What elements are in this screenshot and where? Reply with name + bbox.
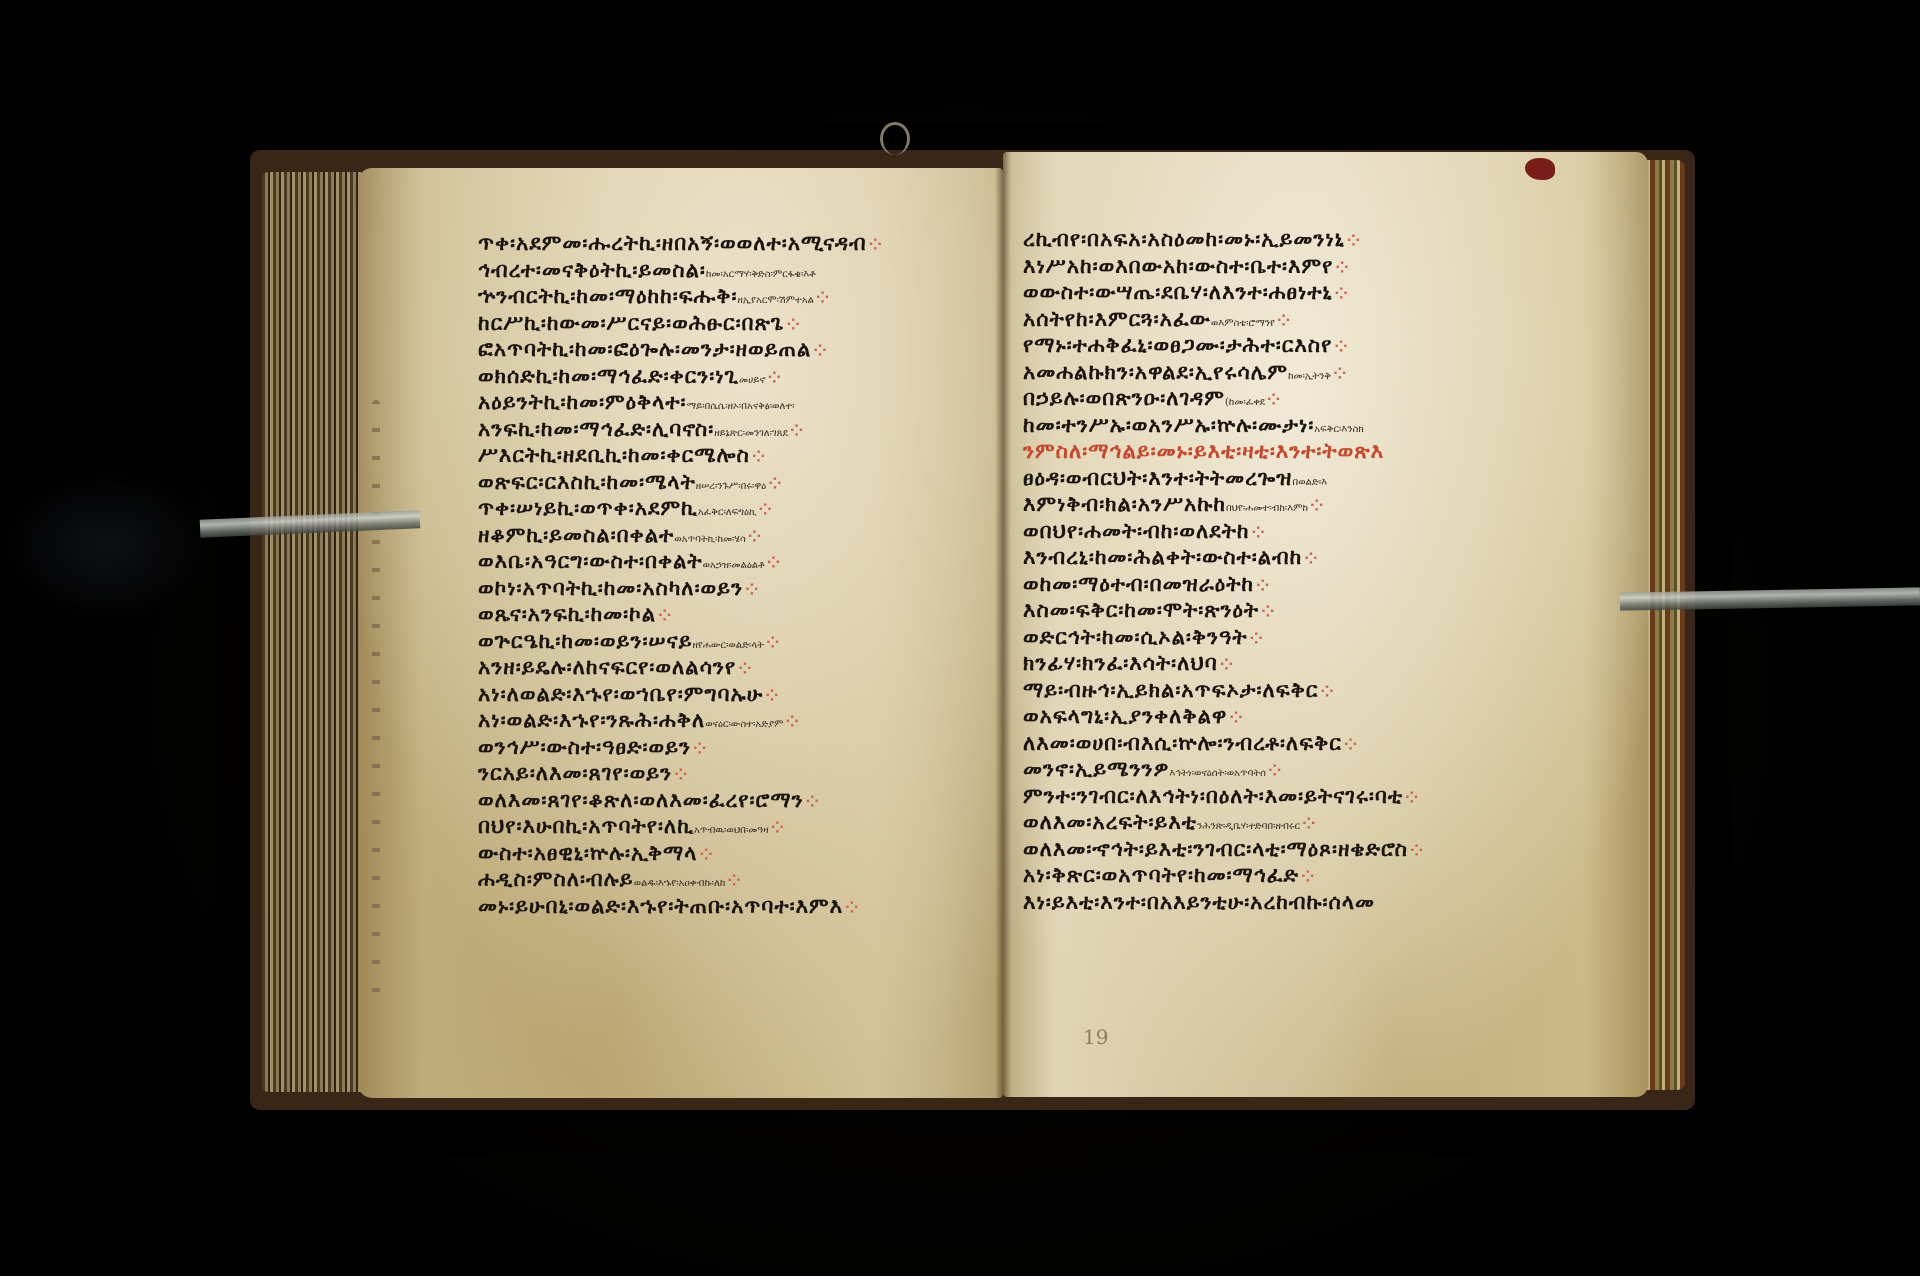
line-text: ለእመ፡ወሀበ፡ብእሲ፡ኵሎ፡ንብረቶ፡ለፍቅር xyxy=(1023,731,1342,755)
manuscript-line: ከርሥኪ፡ከውመ፡ሥርናይ፡ወሕፁር፡በጽጌ⁘ xyxy=(478,310,998,337)
line-text: አሰትየከ፡እምርጓ፡አፈው xyxy=(1023,307,1211,331)
punctuation-flower-icon: ⁘ xyxy=(1310,496,1324,515)
interlinear-gloss: በወልድ፡እ xyxy=(1292,477,1327,488)
manuscript-line: ውስተ፡አፀዊኒ፡ኵሉ፡ኢቅማላ⁘ xyxy=(478,840,998,867)
line-text: ወበህየ፡ሐመት፡ብከ፡ወለደትከ xyxy=(1023,519,1249,543)
manuscript-line: ወጼና፡አንፍኪ፡ከመ፡ኮል⁘ xyxy=(478,601,998,628)
ruling-prick-marks xyxy=(372,400,380,1000)
manuscript-line: አንፍኪ፡ከመ፡ማኅፈድ፡ሊባኖስ፡ዘይኔጽር፡መንገለ፡ገጸደ⁘ xyxy=(478,416,998,443)
line-text: ወአፍላግኒ፡ኢያንቀለቅልዋ xyxy=(1023,704,1227,728)
punctuation-flower-icon: ⁘ xyxy=(1334,337,1348,356)
interlinear-gloss: ወአኃዝ፡መልዕልቶ xyxy=(703,560,765,571)
punctuation-flower-icon: ⁘ xyxy=(766,633,780,652)
punctuation-flower-icon: ⁘ xyxy=(1335,284,1349,303)
manuscript-line: እንብረኒ፡ከመ፡ሕልቀት፡ውስተ፡ልብከ⁘ xyxy=(1023,544,1583,571)
manuscript-line: ሐዲስ፡ምስለ፡ብሉይወልዱ፡እኁየ፡አዐቀብኩ፡ለከ⁘ xyxy=(478,866,998,893)
interlinear-gloss: ዘይኔጽር፡መንገለ፡ገጸደ xyxy=(714,428,788,439)
manuscript-line: አነ፡ለወልድ፡እኁየ፡ወኀቤየ፡ምግባኡሁ⁘ xyxy=(478,681,998,708)
folio-number: 19 xyxy=(1083,1025,1108,1049)
interlinear-gloss: ዘየሐውር፡ወልድ፡ላት xyxy=(693,640,764,651)
interlinear-gloss: አጥብዉ፡ወህበ፡መዓዛ xyxy=(694,825,769,836)
line-text: ሥእርትኪ፡ዘደቢኪ፡ከመ፡ቀርሜሎስ xyxy=(478,443,750,467)
manuscript-line: እምነቅብ፡ክል፡አንሥአኩከበህየ፡ሐመተ፡ብከ፡እምከ⁘ xyxy=(1023,491,1583,518)
line-text: አንዘ፡ይዴሉ፡ለከናፍርየ፡ወለልሳንየ xyxy=(478,655,736,679)
punctuation-flower-icon: ⁘ xyxy=(1277,311,1291,330)
line-text: ክንፊሃ፡ክንፈ፡እሳት፡ለህባ xyxy=(1023,651,1218,675)
line-text: ኅብረተ፡መናቅዕትኪ፡ይመስል፡ xyxy=(478,258,706,282)
manuscript-line: እነ፡ይእቲ፡እንተ፡በአእይንቲሁ፡አረከብኩ፡ሰላመ xyxy=(1023,889,1583,916)
punctuation-flower-icon: ⁘ xyxy=(869,235,883,254)
manuscript-line: ዘቆምኪ፡ይመስል፡በቀልተወአጥባትኪ፡ከመ፡ሄሳ⁘ xyxy=(478,522,998,549)
line-text: ከርሥኪ፡ከውመ፡ሥርናይ፡ወሕፁር፡በጽጌ xyxy=(478,311,784,335)
line-text: አንፍኪ፡ከመ፡ማኅፈድ፡ሊባኖስ፡ xyxy=(478,417,714,441)
line-text: ወጽፍር፡ርእስኪ፡ከመ፡ሜላት xyxy=(478,470,696,494)
punctuation-flower-icon: ⁘ xyxy=(845,898,859,917)
line-text: አነ፡ቅጽር፡ወአጥባትየ፡ከመ፡ማኅፈድ xyxy=(1023,863,1299,887)
manuscript-line: ወጽፍር፡ርእስኪ፡ከመ፡ሜላትዘሠረ፡ንጉሥ፡በሩ፡ዋዕ⁘ xyxy=(478,469,998,496)
manuscript-line: ክንፊሃ፡ክንፈ፡እሳት፡ለህባ⁘ xyxy=(1023,650,1583,677)
line-text: አዕይንትኪ፡ከመ፡ምዕቅላተ፡ xyxy=(478,390,687,414)
punctuation-flower-icon: ⁘ xyxy=(786,315,800,334)
line-text: መኑ፡ይሁበኒ፡ወልድ፡እኁየ፡ትጠቡ፡አጥባተ፡እምእ xyxy=(478,894,843,918)
punctuation-flower-icon: ⁘ xyxy=(767,553,781,572)
manuscript-line: ወኮነ፡አጥባትኪ፡ከመ፡አስካለ፡ወይን⁘ xyxy=(478,575,998,602)
interlinear-gloss: ከመ፡አርማሃ፡ቅድስ፡ምርፋቄ፡እቶ xyxy=(706,269,816,280)
punctuation-flower-icon: ⁘ xyxy=(768,474,782,493)
binding-string xyxy=(880,122,910,155)
manuscript-line: በህየ፡እሁበኪ፡አጥባትየ፡ለኪአጥብዉ፡ወህበ፡መዓዛ⁘ xyxy=(478,813,998,840)
manuscript-line: ለእመ፡ወሀበ፡ብእሲ፡ኵሎ፡ንብረቶ፡ለፍቅር⁘ xyxy=(1023,730,1583,757)
punctuation-flower-icon: ⁘ xyxy=(765,686,779,705)
manuscript-line: አመሐልኩክን፡አዋልደ፡ኢየሩሳሌምከመ፡ኢትንቅ⁘ xyxy=(1023,359,1583,386)
line-text: ጥቀ፡አደምመ፡ሑረትኪ፡ዘበአኝ፡ወወለተ፡አሚናዳብ xyxy=(478,231,867,255)
punctuation-flower-icon: ⁘ xyxy=(738,659,752,678)
manuscript-line: ወእቤ፡አዓርግ፡ውስተ፡በቀልትወአኃዝ፡መልዕልቶ⁘ xyxy=(478,548,998,575)
line-text: በህየ፡እሁበኪ፡አጥባትየ፡ለኪ xyxy=(478,814,694,838)
punctuation-flower-icon: ⁘ xyxy=(771,818,785,837)
punctuation-flower-icon: ⁘ xyxy=(1250,629,1264,648)
punctuation-flower-icon: ⁘ xyxy=(1229,708,1243,727)
manuscript-line: ወጕርዔኪ፡ከመ፡ወይን፡ሠናይዘየሐውር፡ወልድ፡ላት⁘ xyxy=(478,628,998,655)
punctuation-flower-icon: ⁘ xyxy=(1410,841,1424,860)
line-text: ሐዲስ፡ምስለ፡ብሉይ xyxy=(478,867,634,891)
punctuation-flower-icon: ⁘ xyxy=(1302,814,1316,833)
interlinear-gloss: ወናዕር፡ውስተ፡አድያም xyxy=(705,719,783,730)
manuscript-line: በኃይሉ፡ወበጽንዑ፡ለገዳም(ከመ፡ፈቀደ⁘ xyxy=(1023,385,1583,412)
manuscript-line: ወከመ፡ማዕተብ፡በመዝራዕትከ⁘ xyxy=(1023,571,1583,598)
interlinear-gloss: ከመ፡ኢትንቅ xyxy=(1288,371,1331,382)
punctuation-flower-icon: ⁘ xyxy=(1267,390,1281,409)
line-text: ወንኅሥ፡ውስተ፡ዓፀድ፡ወይን xyxy=(478,735,691,759)
punctuation-flower-icon: ⁘ xyxy=(768,368,782,387)
shadow xyxy=(0,470,210,620)
manuscript-line: እነሥአከ፡ወእበውአከ፡ውስተ፡ቤተ፡እምየ⁘ xyxy=(1023,253,1583,280)
manuscript-line: አሰትየከ፡እምርጓ፡አፈውወእምስቴ፡ሮማንየ⁘ xyxy=(1023,306,1583,333)
manuscript-line: የማኑ፡ተሐቅፈኒ፡ወፀጋሙ፡ታሕተ፡ርእስየ⁘ xyxy=(1023,332,1583,359)
punctuation-flower-icon: ⁘ xyxy=(752,447,766,466)
interlinear-gloss: (ከመ፡ፈቀደ xyxy=(1225,397,1265,408)
punctuation-flower-icon: ⁘ xyxy=(1405,788,1419,807)
line-text: ወለእመ፡ጸገየ፡ቆጽለ፡ወለእመ፡ፈረየ፡ሮማን xyxy=(478,788,804,812)
punctuation-flower-icon: ⁘ xyxy=(1333,364,1347,383)
manuscript-line: ሥእርትኪ፡ዘደቢኪ፡ከመ፡ቀርሜሎስ⁘ xyxy=(478,442,998,469)
manuscript-line: ጥቀ፡አደምመ፡ሑረትኪ፡ዘበአኝ፡ወወለተ፡አሚናዳብ⁘ xyxy=(478,230,998,257)
manuscript-line: መንኖ፡ኢይሜንንዎእኅትነ፡ወናዕሰት፡ወአጥባትሰ⁘ xyxy=(1023,756,1583,783)
line-text: ወጼና፡አንፍኪ፡ከመ፡ኮል xyxy=(478,602,656,626)
punctuation-flower-icon: ⁘ xyxy=(1261,602,1275,621)
interlinear-gloss: አፈቅር፡ለፍግዕኪ xyxy=(698,507,757,518)
punctuation-flower-icon: ⁘ xyxy=(748,527,762,546)
line-text: አነ፡ወልድ፡እኁየ፡ንጹሕ፡ሐቅለ xyxy=(478,708,705,732)
manuscript-line: ወለእመ፡አረፍት፡ይእቲንሕንጽ፡ዲቤሃ፡ተድባበ፡ዘብሩር⁘ xyxy=(1023,809,1583,836)
punctuation-flower-icon: ⁘ xyxy=(693,739,707,758)
manuscript-line: ንምስለ፡ማኅልይ፡መኑ፡ይእቲ፡ዛቲ፡እንተ፡ትወጽእ xyxy=(1023,438,1583,465)
manuscript-line: ፀዕዳ፡ወብርህት፡እንተ፡ትትመረጐዝበወልድ፡እ xyxy=(1023,465,1583,492)
punctuation-flower-icon: ⁘ xyxy=(674,765,688,784)
punctuation-flower-icon: ⁘ xyxy=(658,606,672,625)
manuscript-line: አነ፡ቅጽር፡ወአጥባትየ፡ከመ፡ማኅፈድ⁘ xyxy=(1023,862,1583,889)
line-text: እስመ፡ፍቅር፡ከመ፡ሞት፡ጽንዕት xyxy=(1023,598,1259,622)
punctuation-flower-icon: ⁘ xyxy=(745,580,759,599)
interlinear-gloss: ማይ፡በሴሴ፡ዘኦ፡በአናቅፅ፡ወለተ፡ xyxy=(687,401,795,412)
manuscript-line: ወክሰድኪ፡ከመ፡ማኅፈድ፡ቀርን፡ነጊመሀይኖ⁘ xyxy=(478,363,998,390)
punctuation-flower-icon: ⁘ xyxy=(790,421,804,440)
punctuation-flower-icon: ⁘ xyxy=(806,792,820,811)
line-text: እነ፡ይእቲ፡እንተ፡በአእይንቲሁ፡አረከብኩ፡ሰላመ xyxy=(1023,890,1375,914)
manuscript-line: ወለእመ፡ኆኅት፡ይእቲ፡ንገብር፡ላቲ፡ማዕጾ፡ዘቄድሮስ⁘ xyxy=(1023,836,1583,863)
manuscript-line: ኍንብርትኪ፡ከመ፡ማዕከከ፡ፍሑቅ፡ዘኢየአርሞ፡ሽምተአል⁘ xyxy=(478,283,998,310)
punctuation-flower-icon: ⁘ xyxy=(786,712,800,731)
line-text: ወከመ፡ማዕተብ፡በመዝራዕትከ xyxy=(1023,572,1254,596)
line-text: ንርአይ፡ለእመ፡ጸገየ፡ወይን xyxy=(478,761,672,785)
line-text: ወድርኅት፡ከመ፡ሲኦል፡ቅንዓት xyxy=(1023,625,1248,649)
interlinear-gloss: መሀይኖ xyxy=(739,375,766,386)
manuscript-line: አዕይንትኪ፡ከመ፡ምዕቅላተ፡ማይ፡በሴሴ፡ዘኦ፡በአናቅፅ፡ወለተ፡ xyxy=(478,389,998,416)
line-text: ምንተ፡ንገብር፡ለእኅትነ፡በዕለት፡እመ፡ይትናገሩ፡ባቲ xyxy=(1023,784,1403,808)
line-text: ረኪብየ፡በአፍአ፡አስዕመከ፡መኑ፡ኢይመንነኒ xyxy=(1023,227,1345,251)
punctuation-flower-icon: ⁘ xyxy=(699,845,713,864)
line-text: ወለእመ፡ኆኅት፡ይእቲ፡ንገብር፡ላቲ፡ማዕጾ፡ዘቄድሮስ xyxy=(1023,837,1408,861)
interlinear-gloss: ወእምስቴ፡ሮማንየ xyxy=(1211,318,1275,329)
line-text: ንምስለ፡ማኅልይ፡መኑ፡ይእቲ፡ዛቲ፡እንተ፡ትወጽእ xyxy=(1023,439,1384,463)
manuscript-line: አነ፡ወልድ፡እኁየ፡ንጹሕ፡ሐቅለወናዕር፡ውስተ፡አድያም⁘ xyxy=(478,707,998,734)
left-page-text: ጥቀ፡አደምመ፡ሑረትኪ፡ዘበአኝ፡ወወለተ፡አሚናዳብ⁘ኅብረተ፡መናቅዕትኪ… xyxy=(478,230,998,919)
line-text: ወውስተ፡ውሣጤ፡ደቤሃ፡ለእንተ፡ሐፀነተኒ xyxy=(1023,280,1333,304)
manuscript-line: ምንተ፡ንገብር፡ለእኅትነ፡በዕለት፡እመ፡ይትናገሩ፡ባቲ⁘ xyxy=(1023,783,1583,810)
interlinear-gloss: እኅትነ፡ወናዕሰት፡ወአጥባትሰ xyxy=(1169,768,1266,779)
punctuation-flower-icon: ⁘ xyxy=(727,871,741,890)
punctuation-flower-icon: ⁘ xyxy=(816,288,830,307)
punctuation-flower-icon: ⁘ xyxy=(1251,523,1265,542)
line-text: ዘቆምኪ፡ይመስል፡በቀልተ xyxy=(478,523,674,547)
manuscript-line: ኅብረተ፡መናቅዕትኪ፡ይመስል፡ከመ፡አርማሃ፡ቅድስ፡ምርፋቄ፡እቶ xyxy=(478,257,998,284)
line-text: ማይ፡ብዙኅ፡ኢይክል፡አጥፍኦታ፡ለፍቅር xyxy=(1023,678,1318,702)
line-text: ወክሰድኪ፡ከመ፡ማኅፈድ፡ቀርን፡ነጊ xyxy=(478,364,739,388)
line-text: ፎአጥባትኪ፡ከመ፡ፎዕጐሉ፡መንታ፡ዘወይጠል xyxy=(478,337,811,361)
manuscript-line: ወውስተ፡ውሣጤ፡ደቤሃ፡ለእንተ፡ሐፀነተኒ⁘ xyxy=(1023,279,1583,306)
punctuation-flower-icon: ⁘ xyxy=(1256,576,1270,595)
punctuation-flower-icon: ⁘ xyxy=(1347,231,1361,250)
line-text: ጥቀ፡ሠነይኪ፡ወጥቀ፡አደምኪ xyxy=(478,496,698,520)
line-text: ወጕርዔኪ፡ከመ፡ወይን፡ሠናይ xyxy=(478,629,693,653)
interlinear-gloss: ንሕንጽ፡ዲቤሃ፡ተድባበ፡ዘብሩር xyxy=(1197,821,1300,832)
line-text: ውስተ፡አፀዊኒ፡ኵሉ፡ኢቅማላ xyxy=(478,841,697,865)
punctuation-flower-icon: ⁘ xyxy=(1335,258,1349,277)
punctuation-flower-icon: ⁘ xyxy=(1268,761,1282,780)
line-text: መንኖ፡ኢይሜንንዎ xyxy=(1023,757,1169,781)
red-wax-stain xyxy=(1525,158,1555,180)
manuscript-line: እስመ፡ፍቅር፡ከመ፡ሞት፡ጽንዕት⁘ xyxy=(1023,597,1583,624)
manuscript-line: ንርአይ፡ለእመ፡ጸገየ፡ወይን⁘ xyxy=(478,760,998,787)
line-text: እነሥአከ፡ወእበውአከ፡ውስተ፡ቤተ፡እምየ xyxy=(1023,254,1333,278)
line-text: ወኮነ፡አጥባትኪ፡ከመ፡አስካለ፡ወይን xyxy=(478,576,743,600)
right-page-text: ረኪብየ፡በአፍአ፡አስዕመከ፡መኑ፡ኢይመንነኒ⁘እነሥአከ፡ወእበውአከ፡ው… xyxy=(1023,226,1583,915)
manuscript-line: ማይ፡ብዙኅ፡ኢይክል፡አጥፍኦታ፡ለፍቅር⁘ xyxy=(1023,677,1583,704)
manuscript-line: ወአፍላግኒ፡ኢያንቀለቅልዋ⁘ xyxy=(1023,703,1583,730)
manuscript-line: ወንኅሥ፡ውስተ፡ዓፀድ፡ወይን⁘ xyxy=(478,734,998,761)
punctuation-flower-icon: ⁘ xyxy=(1320,682,1334,701)
interlinear-gloss: አፍቅር፡እንስክ xyxy=(1314,424,1364,435)
punctuation-flower-icon: ⁘ xyxy=(1344,735,1358,754)
line-text: ኍንብርትኪ፡ከመ፡ማዕከከ፡ፍሑቅ፡ xyxy=(478,284,737,308)
manuscript-line: ወለእመ፡ጸገየ፡ቆጽለ፡ወለእመ፡ፈረየ፡ሮማን⁘ xyxy=(478,787,998,814)
line-text: ፀዕዳ፡ወብርህት፡እንተ፡ትትመረጐዝ xyxy=(1023,466,1292,490)
line-text: የማኑ፡ተሐቅፈኒ፡ወፀጋሙ፡ታሕተ፡ርእስየ xyxy=(1023,333,1332,357)
interlinear-gloss: ዘኢየአርሞ፡ሽምተአል xyxy=(737,295,813,306)
line-text: በኃይሉ፡ወበጽንዑ፡ለገዳም xyxy=(1023,386,1225,410)
manuscript-line: ፎአጥባትኪ፡ከመ፡ፎዕጐሉ፡መንታ፡ዘወይጠል⁘ xyxy=(478,336,998,363)
manuscript-line: ጥቀ፡ሠነይኪ፡ወጥቀ፡አደምኪአፈቅር፡ለፍግዕኪ⁘ xyxy=(478,495,998,522)
line-text: አነ፡ለወልድ፡እኁየ፡ወኀቤየ፡ምግባኡሁ xyxy=(478,682,763,706)
manuscript-line: ከመ፡ተንሥኡ፡ወአንሥኡ፡ኵሉ፡ሙታነ፡አፍቅር፡እንስክ xyxy=(1023,412,1583,439)
line-text: እንብረኒ፡ከመ፡ሕልቀት፡ውስተ፡ልብከ xyxy=(1023,545,1302,569)
manuscript-line: ረኪብየ፡በአፍአ፡አስዕመከ፡መኑ፡ኢይመንነኒ⁘ xyxy=(1023,226,1583,253)
punctuation-flower-icon: ⁘ xyxy=(759,500,773,519)
manuscript-line: ወድርኅት፡ከመ፡ሲኦል፡ቅንዓት⁘ xyxy=(1023,624,1583,651)
manuscript-line: አንዘ፡ይዴሉ፡ለከናፍርየ፡ወለልሳንየ⁘ xyxy=(478,654,998,681)
line-text: እምነቅብ፡ክል፡አንሥአኩከ xyxy=(1023,492,1226,516)
interlinear-gloss: በህየ፡ሐመተ፡ብከ፡እምከ xyxy=(1226,503,1308,514)
interlinear-gloss: ወልዱ፡እኁየ፡አዐቀብኩ፡ለከ xyxy=(634,878,726,889)
punctuation-flower-icon: ⁘ xyxy=(1220,655,1234,674)
interlinear-gloss: ወአጥባትኪ፡ከመ፡ሄሳ xyxy=(674,534,746,545)
punctuation-flower-icon: ⁘ xyxy=(1304,549,1318,568)
punctuation-flower-icon: ⁘ xyxy=(813,341,827,360)
line-text: ከመ፡ተንሥኡ፡ወአንሥኡ፡ኵሉ፡ሙታነ፡ xyxy=(1023,413,1314,437)
interlinear-gloss: ዘሠረ፡ንጉሥ፡በሩ፡ዋዕ xyxy=(696,481,767,492)
line-text: አመሐልኩክን፡አዋልደ፡ኢየሩሳሌም xyxy=(1023,360,1288,384)
manuscript-line: ወበህየ፡ሐመት፡ብከ፡ወለደትከ⁘ xyxy=(1023,518,1583,545)
line-text: ወእቤ፡አዓርግ፡ውስተ፡በቀልት xyxy=(478,549,703,573)
punctuation-flower-icon: ⁘ xyxy=(1301,867,1315,886)
line-text: ወለእመ፡አረፍት፡ይእቲ xyxy=(1023,810,1197,834)
manuscript-line: መኑ፡ይሁበኒ፡ወልድ፡እኁየ፡ትጠቡ፡አጥባተ፡እምእ⁘ xyxy=(478,893,998,920)
